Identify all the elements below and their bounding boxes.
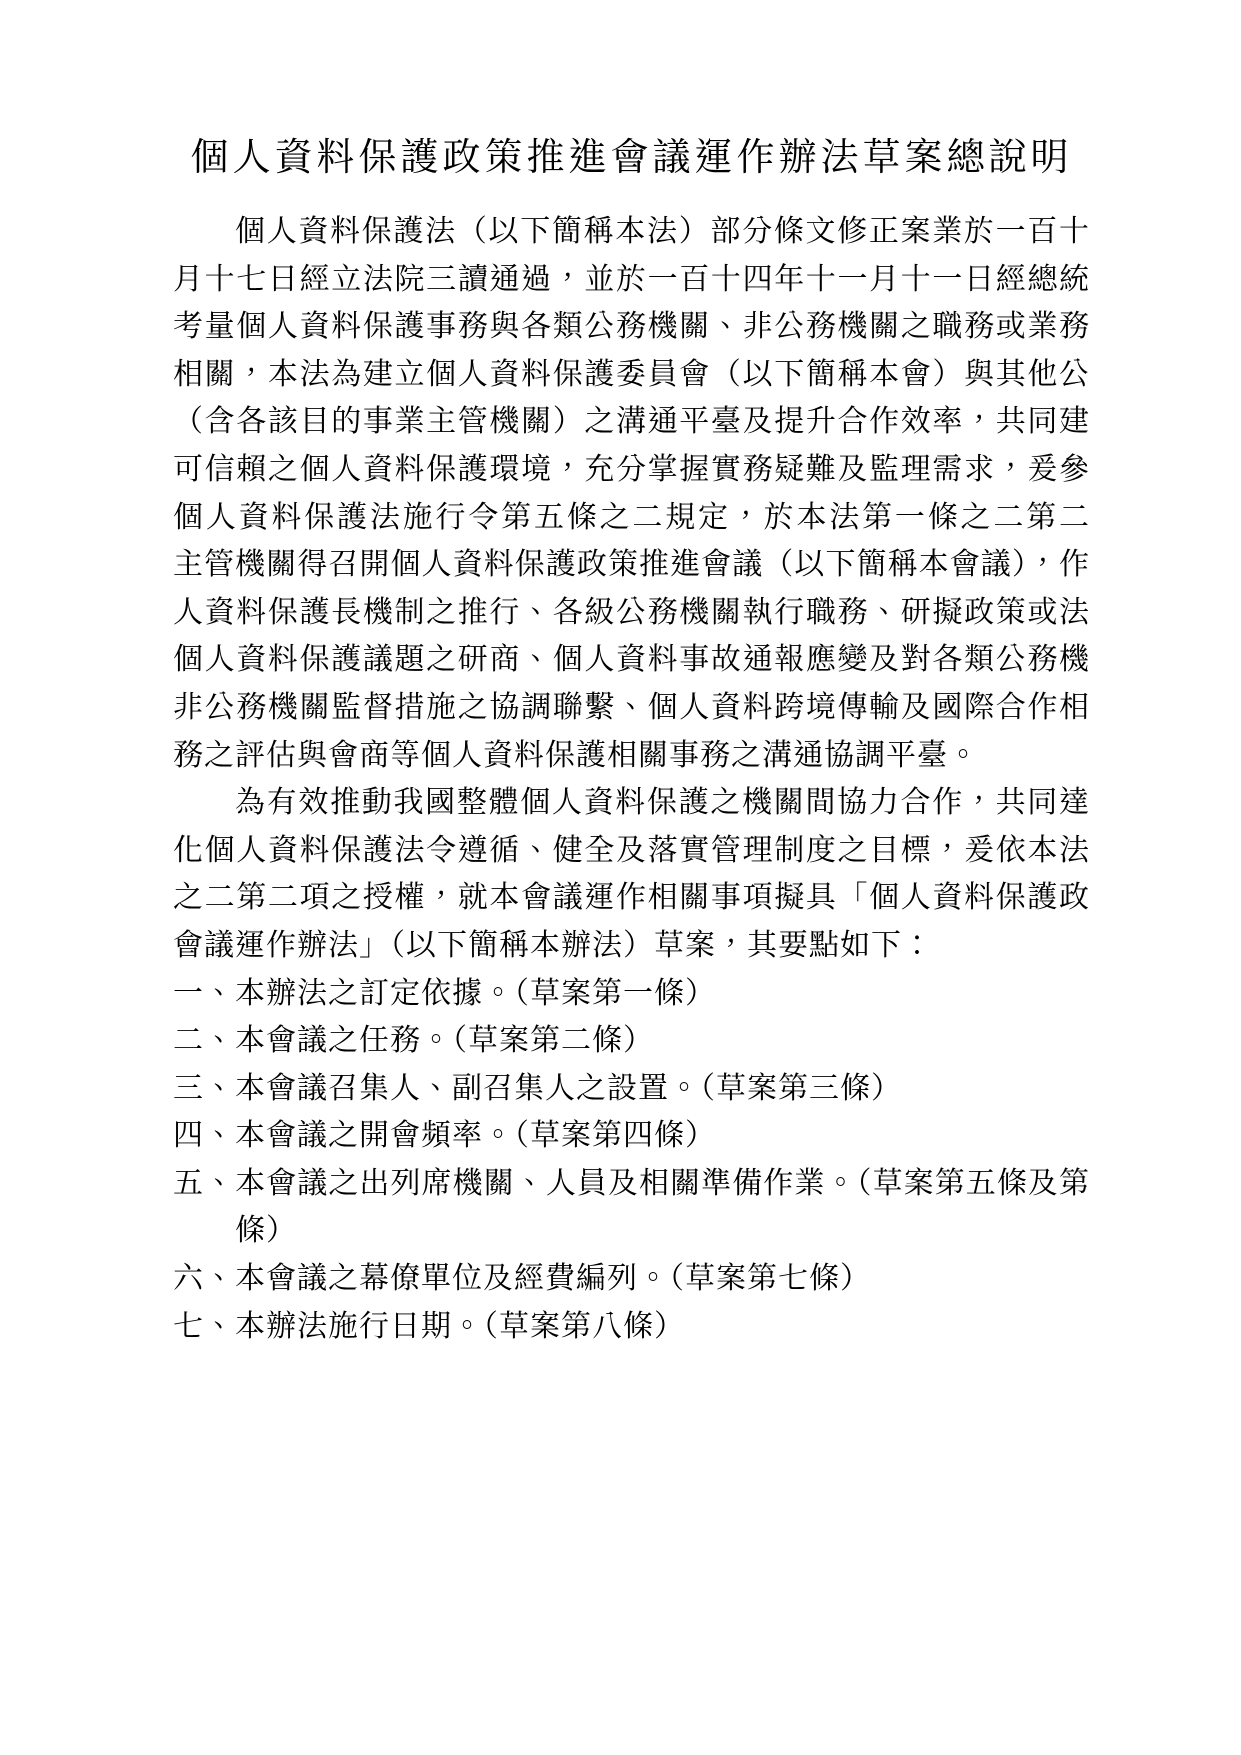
paragraph-line: 之二第二項之授權，就本會議運作相關事項擬具「個人資料保護政策推進 (173, 874, 1090, 922)
paragraph-line: 個人資料保護法（以下簡稱本法）部分條文修正案業於一百十四年十 (173, 208, 1090, 256)
paragraph-line: 個人資料保護法施行令第五條之二規定，於本法第一條之二第二項，明定 (173, 494, 1090, 542)
list-item-line: 四、本會議之開會頻率。（草案第四條） (173, 1112, 1090, 1160)
list-item-line: 六、本會議之幕僚單位及經費編列。（草案第七條） (173, 1255, 1090, 1303)
list-item-line: 二、本會議之任務。（草案第二條） (173, 1017, 1090, 1065)
paragraph-line: 月十七日經立法院三讀通過，並於一百十四年十一月十一日經總統公布。 (173, 256, 1090, 304)
paragraph-line: 主管機關得召開個人資料保護政策推進會議（以下簡稱本會議），作為個 (173, 541, 1090, 589)
paragraph-line: 務之評估與會商等個人資料保護相關事務之溝通協調平臺。 (173, 732, 1090, 780)
list-item-line: 三、本會議召集人、副召集人之設置。（草案第三條） (173, 1065, 1090, 1113)
document-page: 個人資料保護政策推進會議運作辦法草案總說明 個人資料保護法（以下簡稱本法）部分條… (0, 0, 1241, 1755)
list-item-line: 一、本辦法之訂定依據。（草案第一條） (173, 970, 1090, 1018)
paragraph-line: 相關，本法為建立個人資料保護委員會（以下簡稱本會）與其他公務機關 (173, 351, 1090, 399)
paragraph-line: （含各該目的事業主管機關）之溝通平臺及提升合作效率，共同建構安全 (173, 398, 1090, 446)
list-item-line: 七、本辦法施行日期。（草案第八條） (173, 1303, 1090, 1351)
paragraph-line: 非公務機關監督措施之協調聯繫、個人資料跨境傳輸及國際合作相關事 (173, 684, 1090, 732)
paragraph-line: 會議運作辦法」（以下簡稱本辦法）草案，其要點如下： (173, 922, 1090, 970)
paragraph-line: 人資料保護長機制之推行、各級公務機關執行職務、研擬政策或法規涉有 (173, 589, 1090, 637)
paragraph-line: 化個人資料保護法令遵循、健全及落實管理制度之目標，爰依本法第一條 (173, 827, 1090, 875)
list-item-line: 條） (173, 1207, 1090, 1255)
paragraph-line: 考量個人資料保護事務與各類公務機關、非公務機關之職務或業務密切 (173, 303, 1090, 351)
document-title: 個人資料保護政策推進會議運作辦法草案總說明 (173, 130, 1090, 186)
paragraph-line: 可信賴之個人資料保護環境，充分掌握實務疑難及監理需求，爰參考南韓 (173, 446, 1090, 494)
summary-list: 一、本辦法之訂定依據。（草案第一條）二、本會議之任務。（草案第二條）三、本會議召… (173, 970, 1090, 1351)
paragraph-line: 為有效推動我國整體個人資料保護之機關間協力合作，共同達成強 (173, 779, 1090, 827)
paragraph-line: 個人資料保護議題之研商、個人資料事故通報應變及對各類公務機關或 (173, 636, 1090, 684)
paragraph-block: 個人資料保護法（以下簡稱本法）部分條文修正案業於一百十四年十月十七日經立法院三讀… (173, 208, 1090, 970)
document-content: 個人資料保護政策推進會議運作辦法草案總說明 個人資料保護法（以下簡稱本法）部分條… (173, 130, 1090, 1350)
list-item-line: 五、本會議之出列席機關、人員及相關準備作業。（草案第五條及第六 (173, 1160, 1090, 1208)
